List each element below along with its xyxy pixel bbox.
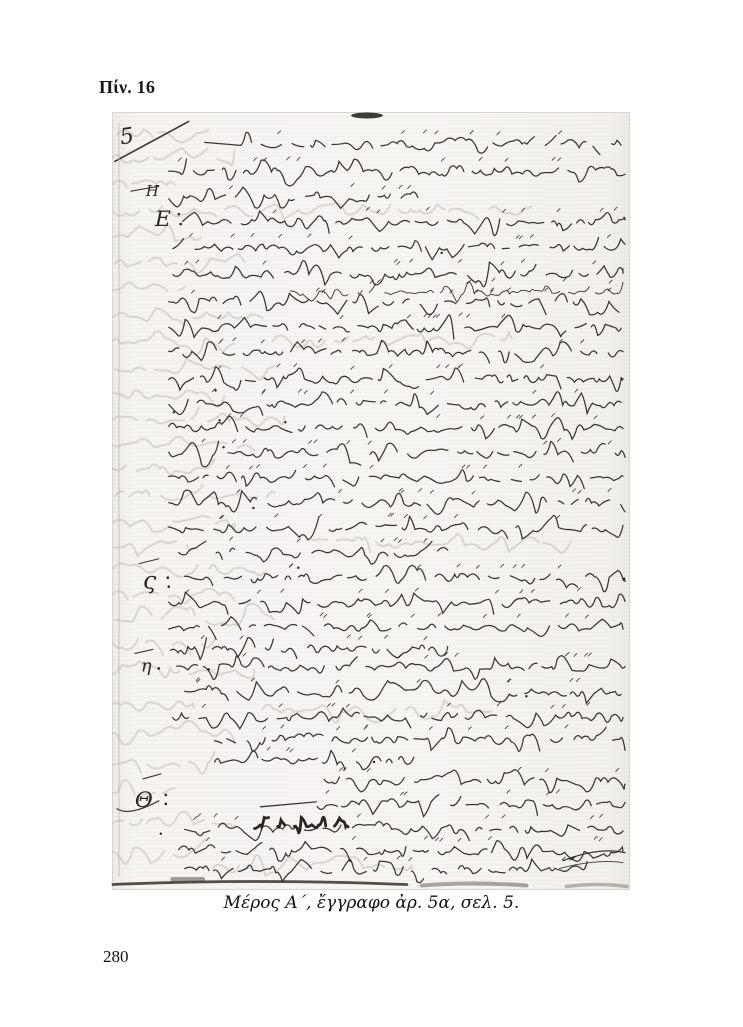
manuscript-figure: 5ΗΕςηΘ [112,112,630,890]
page-number: 280 [103,947,129,967]
book-page: Πίν. 16 5ΗΕςηΘ Μέρος Α΄, ἔγγραφο ἀρ. 5α,… [0,0,743,1027]
plate-label: Πίν. 16 [99,77,155,98]
figure-caption: Μέρος Α΄, ἔγγραφο ἀρ. 5α, σελ. 5. [0,893,743,913]
svg-text:Ε: Ε [154,207,171,232]
svg-text:Η: Η [145,182,160,200]
svg-text:ς: ς [143,567,157,595]
svg-text:η: η [141,655,152,676]
svg-text:Θ: Θ [135,788,153,813]
svg-text:5: 5 [118,124,135,151]
manuscript-image: 5ΗΕςηΘ [113,113,629,889]
